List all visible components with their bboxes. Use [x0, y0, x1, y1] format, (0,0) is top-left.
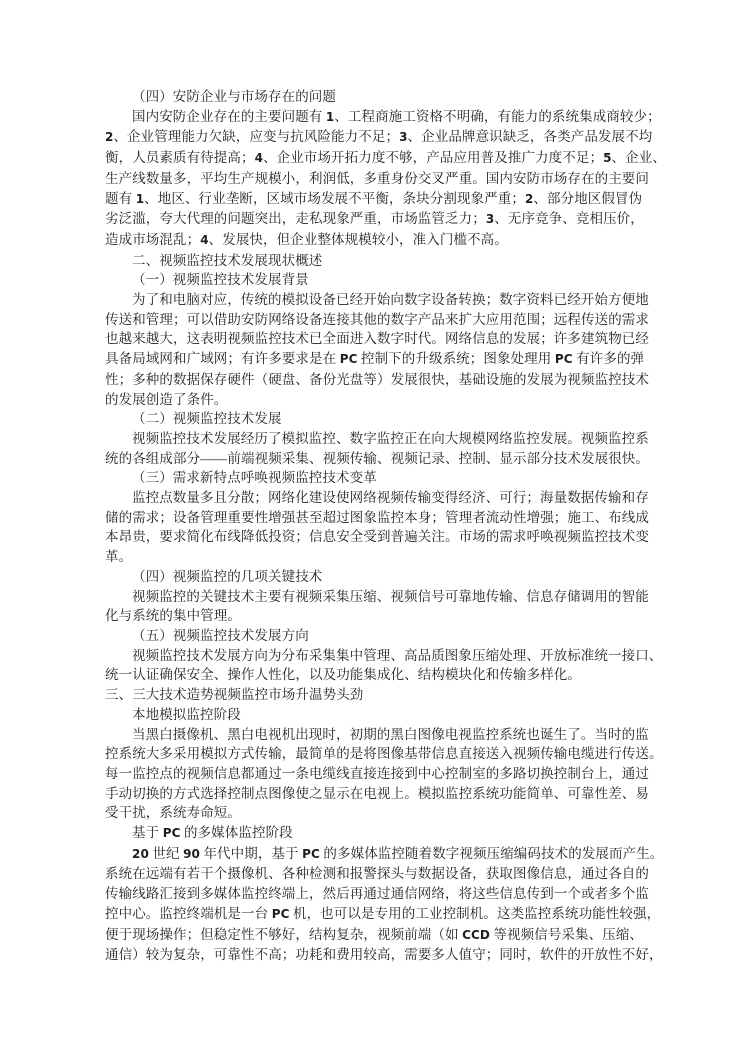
latin-text: 3 [399, 130, 407, 144]
text-line: 化与系统的集中管理。 [105, 606, 648, 626]
text-line: 生产线数量多，平均生产规模小，利润低，多重身份交叉严重。国内安防市场存在的主要问 [105, 169, 648, 189]
latin-text: 2 [525, 192, 533, 206]
text-line: 20 世纪 90 年代中期，基于 PC 的多媒体监控随着数字视频压缩编码技术的发… [105, 844, 648, 865]
heading-line: （四）视频监控的几项关键技术 [105, 567, 648, 587]
text-line: 视频监控的关键技术主要有视频采集压缩、视频信号可靠地传输、信息存储调用的智能 [105, 587, 648, 607]
text-line: 当黑白摄像机、黑白电视机出现时，初期的黑白图像电视监控系统也诞生了。当时的监 [105, 725, 648, 745]
heading-line: （三）需求新特点呼唤视频监控技术变革 [105, 468, 648, 488]
text-line: 统的各组成部分——前端视频采集、视频传输、视频记录、控制、显示部分技术发展很快。 [105, 449, 648, 469]
text-line: 通信）较为复杂，可靠性不高；功耗和费用较高，需要多人值守；同时，软件的开放性不好… [105, 945, 648, 965]
latin-text: 2 [105, 130, 113, 144]
text-line: 也越来越大，这表明视频监控技术已全面进入数字时代。网络信息的发展；许多建筑物已经 [105, 329, 648, 349]
latin-text: CCD [462, 928, 490, 942]
heading-line: 二、视频监控技术发展现状概述 [105, 251, 648, 271]
text-line: 的发展创造了条件。 [105, 390, 648, 410]
text-line: 统一认证确保安全、操作人性化，以及功能集成化、结构模块化和传输多样化。 [105, 665, 648, 685]
latin-text: 1 [136, 192, 144, 206]
latin-text: 4 [255, 151, 263, 165]
heading-line: （二）视频监控技术发展 [105, 409, 648, 429]
latin-text: 5 [603, 151, 611, 165]
text-line: 性；多种的数据保存硬件（硬盘、备份光盘等）发展很快，基础设施的发展为视频监控技术 [105, 370, 648, 390]
text-line: 传送和管理；可以借助安防网络设备连接其他的数字产品来扩大应用范围；远程传送的需求 [105, 310, 648, 330]
text-line: 受干扰，系统寿命短。 [105, 803, 648, 823]
text-line: 视频监控技术发展经历了模拟监控、数字监控正在向大规模网络监控发展。视频监控系 [105, 429, 648, 449]
text-line: 控系统大多采用模拟方式传输，最简单的是将图像基带信息直接送入视频传输电缆进行传送… [105, 744, 648, 764]
text-line: 革。 [105, 547, 648, 567]
latin-text: PC [555, 352, 573, 366]
heading-line: 基于 PC 的多媒体监控阶段 [105, 823, 648, 844]
latin-text: PC [302, 847, 320, 861]
heading-line: 三、三大技术造势视频监控市场升温势头劲 [105, 685, 648, 705]
text-line: 控中心。监控终端机是一台 PC 机，也可以是专用的工业控制机。这类监控系统功能性… [105, 904, 648, 925]
text-line: 传输线路汇接到多媒体监控终端上，然后再通过通信网络，将这些信息传到一个或者多个监 [105, 884, 648, 904]
text-line: 衡，人员素质有待提高；4、企业市场开拓力度不够，产品应用普及推广力度不足；5、企… [105, 148, 648, 169]
text-line: 监控点数量多且分散；网络化建设使网络视频传输变得经济、可行；海量数据传输和存 [105, 488, 648, 508]
latin-text: 4 [200, 233, 208, 247]
latin-text: PC [163, 826, 181, 840]
text-line: 系统在远端有若干个摄像机、各种检测和报警探头与数据设备，获取图像信息，通过各自的 [105, 864, 648, 884]
text-line: 国内安防企业存在的主要问题有 1、工程商施工资格不明确，有能力的系统集成商较少； [105, 107, 648, 128]
text-line: 视频监控技术发展方向为分布采集集中管理、高品质图象压缩处理、开放标准统一接口、 [105, 646, 648, 666]
document-text-block: （四）安防企业与市场存在的问题 国内安防企业存在的主要问题有 1、工程商施工资格… [105, 87, 648, 965]
text-line: 储的需求；设备管理重要性增强甚至超过图象监控本身；管理者流动性增强；施工、布线成 [105, 508, 648, 528]
latin-text: 3 [486, 212, 494, 226]
text-line: 劣泛滥，夸大代理的问题突出，走私现象严重，市场监管乏力；3、无序竞争、竞相压价， [105, 209, 648, 230]
latin-text: 1 [326, 110, 334, 124]
heading-line: （五）视频监控技术发展方向 [105, 626, 648, 646]
latin-text: 20 [132, 847, 149, 861]
text-line: 2、企业管理能力欠缺，应变与抗风险能力不足；3、企业品牌意识缺乏，各类产品发展不… [105, 127, 648, 148]
text-line: 每一监控点的视频信息都通过一条电缆线直接连接到中心控制室的多路切换控制台上，通过 [105, 764, 648, 784]
text-line: 手动切换的方式选择控制点图像使之显示在电视上。模拟监控系统功能简单、可靠性差、易 [105, 784, 648, 804]
heading-line: 本地模拟监控阶段 [105, 705, 648, 725]
text-line: 题有 1、地区、行业垄断，区域市场发展不平衡，条块分割现象严重；2、部分地区假冒… [105, 189, 648, 210]
latin-text: 90 [183, 847, 200, 861]
text-line: 为了和电脑对应，传统的模拟设备已经开始向数字设备转换；数字资料已经开始方便地 [105, 290, 648, 310]
text-line: 本昂贵，要求简化布线降低投资；信息安全受到普遍关注。市场的需求呼唤视频监控技术变 [105, 527, 648, 547]
latin-text: PC [340, 352, 358, 366]
document-page: （四）安防企业与市场存在的问题 国内安防企业存在的主要问题有 1、工程商施工资格… [0, 0, 744, 1052]
heading-line: （四）安防企业与市场存在的问题 [105, 87, 648, 107]
text-line: 造成市场混乱；4、发展快，但企业整体规模较小，准入门槛不高。 [105, 230, 648, 251]
latin-text: PC [272, 907, 290, 921]
heading-line: （一）视频监控技术发展背景 [105, 270, 648, 290]
text-line: 具备局域网和广域网；有许多要求是在 PC 控制下的升级系统；图象处理用 PC 有… [105, 349, 648, 370]
text-line: 便于现场操作；但稳定性不够好，结构复杂，视频前端（如 CCD 等视频信号采集、压… [105, 925, 648, 946]
